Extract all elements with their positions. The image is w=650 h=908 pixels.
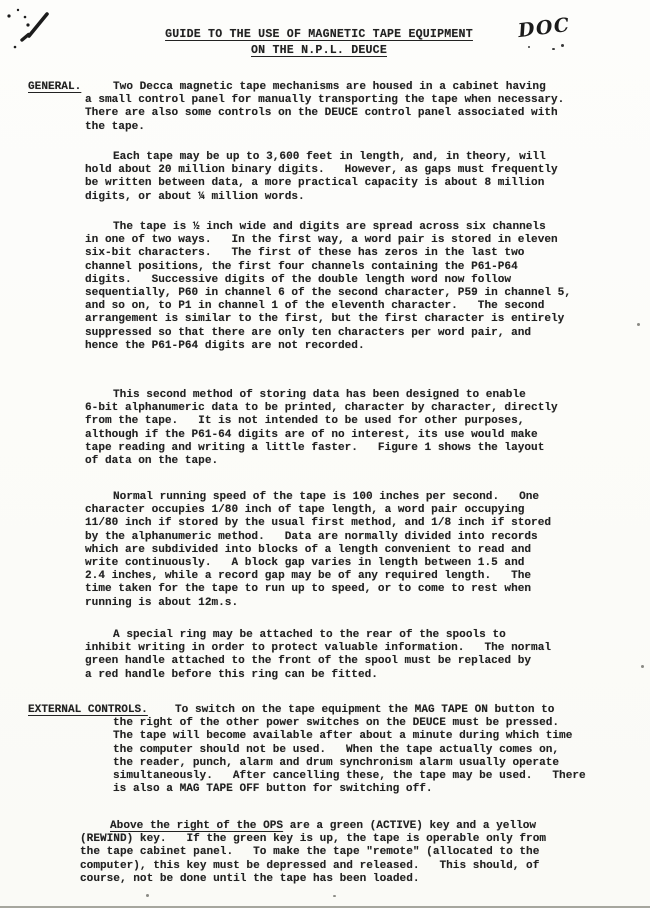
text-line: 11/80 inch if stored by the usual first … (85, 517, 551, 530)
text-line: the computer should not be used. When th… (113, 744, 586, 757)
text-line: A special ring may be attached to the re… (85, 629, 551, 642)
text-segment: the tape. (85, 121, 145, 133)
text-segment: simultaneously. After cancelling these, … (113, 770, 586, 782)
text-segment: channel positions, the first four channe… (85, 261, 518, 273)
text-line: (REWIND) key. If the green key is up, th… (80, 833, 546, 846)
text-line: computer), this key must be depressed an… (80, 860, 546, 873)
text-line: arrangement is similar to the first, but… (85, 313, 571, 326)
text-segment: Each tape may be up to 3,600 feet in len… (113, 151, 546, 163)
text-line: character occupies 1/80 inch of tape len… (85, 504, 551, 517)
text-line: Normal running speed of the tape is 100 … (85, 491, 551, 504)
text-segment: is also a MAG TAPE OFF button for switch… (113, 783, 433, 795)
scan-speck (641, 665, 644, 668)
text-line: although if the P61-64 digits are of no … (85, 429, 558, 442)
paragraph-switch-on: To switch on the tape equipment the MAG … (113, 704, 586, 796)
text-line: hold about 20 million binary digits. How… (85, 164, 558, 177)
text-segment: suppressed so that there are only ten ch… (85, 327, 531, 339)
text-line: This second method of storing data has b… (85, 389, 558, 402)
text-segment: by the alphanumeric method. Data are nor… (85, 531, 538, 543)
text-segment: character occupies 1/80 inch of tape len… (85, 504, 524, 516)
text-segment: To switch on the tape equipment the MAG … (175, 704, 554, 716)
text-segment: There are also some controls on the DEUC… (85, 107, 558, 119)
text-segment: The tape will become available after abo… (113, 730, 572, 742)
title-line-2: ON THE N.P.L. DEUCE (251, 44, 387, 57)
text-line: digits. Successive digits of the double … (85, 274, 571, 287)
text-segment: in one of two ways. In the first way, a … (85, 234, 558, 246)
text-segment: time taken for the tape to run up to spe… (85, 583, 531, 595)
title-line-1: GUIDE TO THE USE OF MAGNETIC TAPE EQUIPM… (165, 28, 473, 41)
paragraph-general-intro: Two Decca magnetic tape mechanisms are h… (85, 81, 564, 134)
text-line: the tape cabinet panel. To make the tape… (80, 846, 546, 859)
text-line: a small control panel for manually trans… (85, 94, 564, 107)
text-segment: The tape is ½ inch wide and digits are s… (113, 221, 546, 233)
text-line: course, not be done until the tape has b… (80, 873, 546, 886)
text-line: which are subdivided into blocks of a le… (85, 544, 551, 557)
text-line: a red handle before this ring can be fit… (85, 669, 551, 682)
text-segment: computer), this key must be depressed an… (80, 860, 539, 872)
text-segment: 6-bit alphanumeric data to be printed, c… (85, 402, 558, 414)
text-segment: although if the P61-64 digits are of no … (85, 429, 538, 441)
text-segment: course, not be done until the tape has b… (80, 873, 420, 885)
ink-speck (561, 44, 564, 47)
text-line: digits, or about ¼ million words. (85, 191, 558, 204)
text-segment: hence the P61-P64 digits are not recorde… (85, 340, 365, 352)
text-line: by the alphanumeric method. Data are nor… (85, 531, 551, 544)
paragraph-special-ring: A special ring may be attached to the re… (85, 629, 551, 682)
text-line: the tape. (85, 121, 564, 134)
text-segment: A special ring may be attached to the re… (113, 629, 506, 641)
paragraph-tape-length: Each tape may be up to 3,600 feet in len… (85, 151, 558, 204)
text-line: and so on, to P1 in channel 1 of the ele… (85, 300, 571, 313)
text-segment: inhibit writing in order to protect valu… (85, 642, 551, 654)
text-segment: a small control panel for manually trans… (85, 94, 564, 106)
text-line: Each tape may be up to 3,600 feet in len… (85, 151, 558, 164)
text-segment: the tape cabinet panel. To make the tape… (80, 846, 539, 858)
text-segment: be written between data, a more practica… (85, 177, 544, 189)
text-line: is also a MAG TAPE OFF button for switch… (113, 783, 586, 796)
scan-speck (637, 323, 640, 326)
text-segment: running is about 12m.s. (85, 597, 238, 609)
text-segment: the right of the other power switches on… (113, 717, 559, 729)
text-segment: of data on the tape. (85, 455, 218, 467)
text-segment: a red handle before this ring can be fit… (85, 669, 378, 681)
text-segment: arrangement is similar to the first, but… (85, 313, 564, 325)
text-line: hence the P61-P64 digits are not recorde… (85, 340, 571, 353)
text-line: 2.4 inches, while a record gap may be of… (85, 570, 551, 583)
text-line: time taken for the tape to run up to spe… (85, 583, 551, 596)
text-line: To switch on the tape equipment the MAG … (113, 704, 586, 717)
text-line: sequentially, P60 in channel 6 of the se… (85, 287, 571, 300)
text-segment: tape reading and writing a little faster… (85, 442, 544, 454)
text-line: simultaneously. After cancelling these, … (113, 770, 586, 783)
text-line: Two Decca magnetic tape mechanisms are h… (85, 81, 564, 94)
text-segment: digits. Successive digits of the double … (85, 274, 511, 286)
ink-speck (552, 48, 555, 50)
text-line: The tape will become available after abo… (113, 730, 586, 743)
underlined-phrase: Above the right of the OPS (110, 820, 283, 832)
text-segment: the reader, punch, alarm and drum synchr… (113, 757, 559, 769)
text-segment: and so on, to P1 in channel 1 of the ele… (85, 300, 544, 312)
scan-speck (146, 894, 149, 897)
text-segment: which are subdivided into blocks of a le… (85, 544, 531, 556)
section-heading-general: GENERAL. (28, 81, 81, 94)
text-segment: This second method of storing data has b… (113, 389, 526, 401)
text-segment: green handle attached to the front of th… (85, 655, 531, 667)
text-segment: 2.4 inches, while a record gap may be of… (85, 570, 531, 582)
text-line: inhibit writing in order to protect valu… (85, 642, 551, 655)
paragraph-running-speed: Normal running speed of the tape is 100 … (85, 491, 551, 610)
text-segment: sequentially, P60 in channel 6 of the se… (85, 287, 571, 299)
paragraph-active-rewind-keys: Above the right of the OPS are a green (… (80, 820, 546, 886)
text-line: running is about 12m.s. (85, 597, 551, 610)
text-segment: Normal running speed of the tape is 100 … (113, 491, 539, 503)
text-line: the right of the other power switches on… (113, 717, 586, 730)
text-segment: are a green (ACTIVE) key and a yellow (283, 820, 536, 832)
text-line: of data on the tape. (85, 455, 558, 468)
text-segment: hold about 20 million binary digits. How… (85, 164, 558, 176)
text-segment: (REWIND) key. If the green key is up, th… (80, 833, 546, 845)
scan-speck (333, 895, 336, 897)
text-line: 6-bit alphanumeric data to be printed, c… (85, 402, 558, 415)
text-line: in one of two ways. In the first way, a … (85, 234, 571, 247)
text-line: the reader, punch, alarm and drum synchr… (113, 757, 586, 770)
text-line: tape reading and writing a little faster… (85, 442, 558, 455)
paragraph-tape-channels: The tape is ½ inch wide and digits are s… (85, 221, 571, 353)
text-segment: digits, or about ¼ million words. (85, 191, 305, 203)
text-line: The tape is ½ inch wide and digits are s… (85, 221, 571, 234)
paragraph-second-method: This second method of storing data has b… (85, 389, 558, 468)
text-line: write continuously. A block gap varies i… (85, 557, 551, 570)
text-line: from the tape. It is not intended to be … (85, 415, 558, 428)
text-line: green handle attached to the front of th… (85, 655, 551, 668)
text-segment: Two Decca magnetic tape mechanisms are h… (113, 81, 546, 93)
text-line: be written between data, a more practica… (85, 177, 558, 190)
text-segment: 11/80 inch if stored by the usual first … (85, 517, 551, 529)
text-line: Above the right of the OPS are a green (… (80, 820, 546, 833)
document-page: GUIDE TO THE USE OF MAGNETIC TAPE EQUIPM… (0, 0, 650, 908)
text-line: suppressed so that there are only ten ch… (85, 327, 571, 340)
text-line: channel positions, the first four channe… (85, 261, 571, 274)
text-segment: six-bit characters. The first of these h… (85, 247, 524, 259)
text-segment: write continuously. A block gap varies i… (85, 557, 524, 569)
text-line: six-bit characters. The first of these h… (85, 247, 571, 260)
ink-speck (528, 46, 530, 48)
text-line: There are also some controls on the DEUC… (85, 107, 564, 120)
text-segment: the computer should not be used. When th… (113, 744, 559, 756)
text-segment: from the tape. It is not intended to be … (85, 415, 524, 427)
